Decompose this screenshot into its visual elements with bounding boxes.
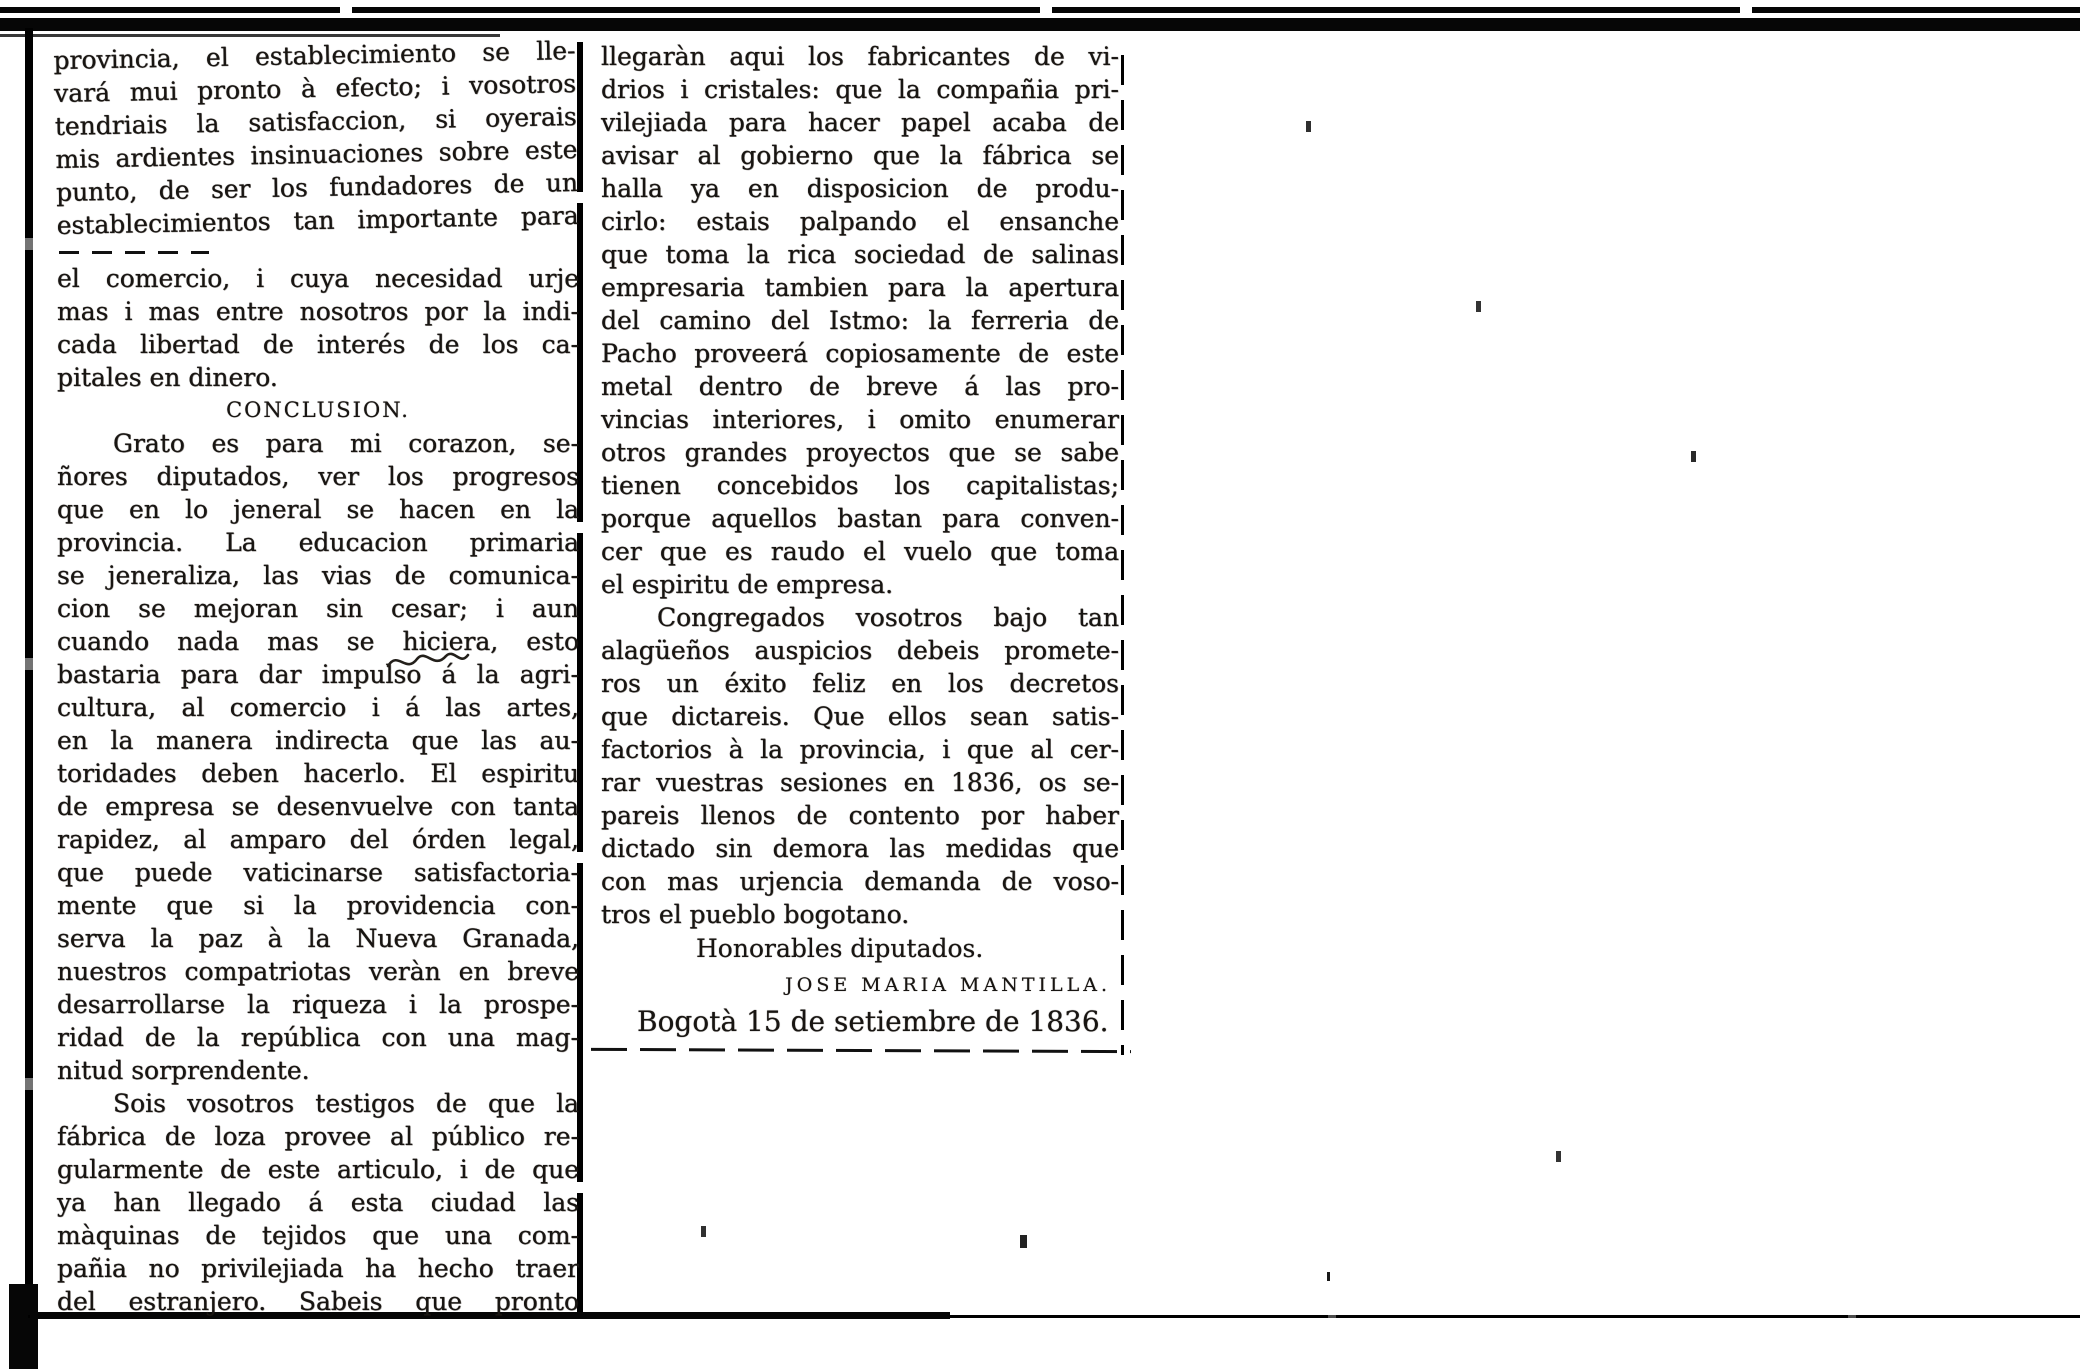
text-line: cada libertad de interés de los ca-: [57, 328, 579, 361]
ink-squiggle-artifact: [386, 646, 470, 676]
dash-mark-artifact: [59, 251, 209, 254]
right-paragraph-1: llegaràn aqui los fabricantes de vi-drio…: [601, 40, 1119, 601]
text-line: en la manera indirecta que las au-: [57, 724, 579, 757]
left-border-bottom-blot: [9, 1284, 38, 1369]
text-line: ñores diputados, ver los progresos: [57, 460, 579, 493]
text-line: que dictareis. Que ellos sean satis-: [601, 700, 1119, 733]
text-line: dictado sin demora las medidas que: [601, 832, 1119, 865]
text-line: tienen concebidos los capitalistas;: [601, 469, 1119, 502]
text-line: rar vuestras sesiones en 1836, os se-: [601, 766, 1119, 799]
left-intro-paragraph: provincia, el establecimiento se lle-var…: [53, 34, 579, 242]
text-line: pañia no privilejiada ha hecho traer: [57, 1252, 579, 1285]
text-line: toridades deben hacerlo. El espiritu: [57, 757, 579, 790]
text-line: del camino del Istmo: la ferreria de: [601, 304, 1119, 337]
text-line: porque aquellos bastan para conven-: [601, 502, 1119, 535]
text-line: que puede vaticinarse satisfactoria-: [57, 856, 579, 889]
text-line: mente que si la providencia con-: [57, 889, 579, 922]
left-paragraph-2: Grato es para mi corazon, se-ñores diput…: [57, 427, 579, 1087]
left-paragraph-1: el comercio, i cuya necesidad urjemas i …: [57, 262, 579, 394]
right-column: llegaràn aqui los fabricantes de vi-drio…: [601, 40, 1119, 1052]
text-line: pitales en dinero.: [57, 361, 579, 394]
scan-speck-artifacts: [1327, 1272, 1330, 1281]
text-line: el espiritu de empresa.: [601, 568, 1119, 601]
text-line: se jeneraliza, las vias de comunica-: [57, 559, 579, 592]
text-line: ros un éxito feliz en los decretos: [601, 667, 1119, 700]
top-rule-thin: [0, 7, 2080, 13]
text-line: cultura, al comercio i á las artes,: [57, 691, 579, 724]
text-line: tros el pueblo bogotano.: [601, 898, 1119, 931]
text-line: factorios à la provincia, i que al cer-: [601, 733, 1119, 766]
text-line: el comercio, i cuya necesidad urje: [57, 262, 579, 295]
text-line: mas i mas entre nosotros por la indi-: [57, 295, 579, 328]
dateline: Bogotà 15 de setiembre de 1836.: [601, 1004, 1119, 1040]
text-line: ridad de la república con una mag-: [57, 1021, 579, 1054]
conclusion-heading: CONCLUSION.: [57, 394, 579, 427]
text-line: fábrica de loza provee al público re-: [57, 1120, 579, 1153]
text-line: llegaràn aqui los fabricantes de vi-: [601, 40, 1119, 73]
text-line: bastaria para dar impulso á la agri-: [57, 658, 579, 691]
text-line: vilejiada para hacer papel acaba de: [601, 106, 1119, 139]
text-line: Congregados vosotros bajo tan: [601, 601, 1119, 634]
signature-name: JOSE MARIA MANTILLA.: [601, 966, 1119, 1004]
text-line: halla ya en disposicion de produ-: [601, 172, 1119, 205]
text-line: nuestros compatriotas veràn en breve: [57, 955, 579, 988]
text-line: alagüeños auspicios debeis promete-: [601, 634, 1119, 667]
text-line: nitud sorprendente.: [57, 1054, 579, 1087]
text-line: Pacho proveerá copiosamente de este: [601, 337, 1119, 370]
left-border-bar: [25, 28, 33, 1369]
text-line: pareis llenos de contento por haber: [601, 799, 1119, 832]
right-paragraph-2: Congregados vosotros bajo tanalagüeños a…: [601, 601, 1119, 931]
text-line: cion se mejoran sin cesar; i aun: [57, 592, 579, 625]
left-column: provincia, el establecimiento se lle-var…: [57, 44, 579, 1318]
dashed-end-rule: [591, 1048, 1131, 1053]
text-line: cirlo: estais palpando el ensanche: [601, 205, 1119, 238]
text-line: de empresa se desenvuelve con tanta: [57, 790, 579, 823]
text-line: provincia. La educacion primaria: [57, 526, 579, 559]
text-line: drios i cristales: que la compañia pri-: [601, 73, 1119, 106]
text-line: avisar al gobierno que la fábrica se: [601, 139, 1119, 172]
text-line: que toma la rica sociedad de salinas: [601, 238, 1119, 271]
text-line: rapidez, al amparo del órden legal,: [57, 823, 579, 856]
text-line: Sois vosotros testigos de que la: [57, 1087, 579, 1120]
text-line: otros grandes proyectos que se sabe: [601, 436, 1119, 469]
scanned-newspaper-page: provincia, el establecimiento se lle-var…: [0, 0, 2080, 1369]
left-paragraph-3: Sois vosotros testigos de que lafábrica …: [57, 1087, 579, 1318]
top-rule-thick: [0, 18, 2080, 31]
text-line: desarrollarse la riqueza i la prospe-: [57, 988, 579, 1021]
text-line: del estranjero. Sabeis que pronto: [57, 1285, 579, 1318]
right-column-border: [1121, 55, 1124, 1055]
text-line: con mas urjencia demanda de voso-: [601, 865, 1119, 898]
text-line: empresaria tambien para la apertura: [601, 271, 1119, 304]
closing-salutation: Honorables diputados.: [601, 931, 1119, 966]
text-line: serva la paz à la Nueva Granada,: [57, 922, 579, 955]
text-line: Grato es para mi corazon, se-: [57, 427, 579, 460]
text-line: cuando nada mas se hiciera, esto: [57, 625, 579, 658]
text-line: gularmente de este articulo, i de que: [57, 1153, 579, 1186]
text-line: que en lo jeneral se hacen en la: [57, 493, 579, 526]
text-line: ya han llegado á esta ciudad las: [57, 1186, 579, 1219]
text-line: cer que es raudo el vuelo que toma: [601, 535, 1119, 568]
text-line: màquinas de tejidos que una com-: [57, 1219, 579, 1252]
text-line: metal dentro de breve á las pro-: [601, 370, 1119, 403]
text-line: vincias interiores, i omito enumerar: [601, 403, 1119, 436]
